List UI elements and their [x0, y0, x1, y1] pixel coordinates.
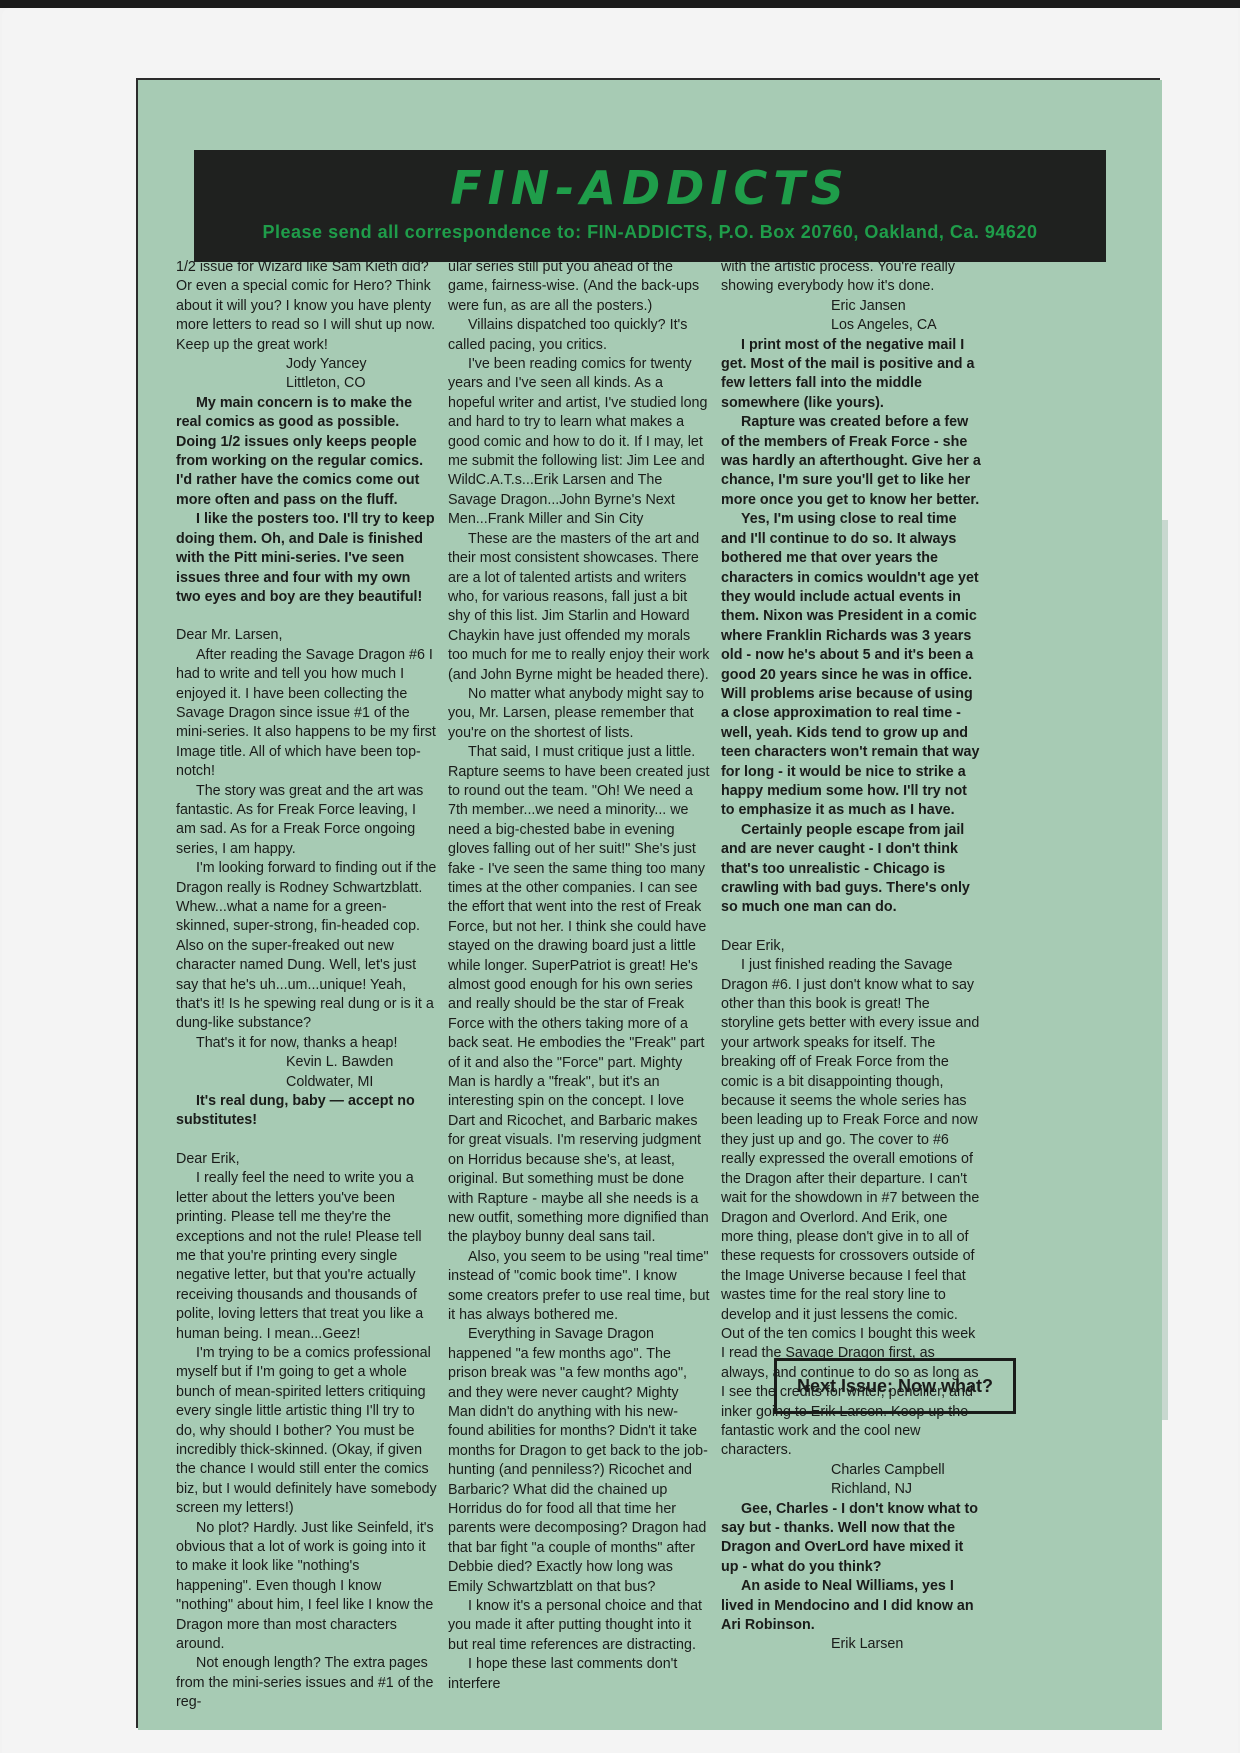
editor-reply: It's real dung, baby — accept no substit… — [176, 1092, 438, 1131]
letter-text: I really feel the need to write you a le… — [176, 1169, 438, 1344]
editor-reply: An aside to Neal Williams, yes I lived i… — [721, 1577, 983, 1635]
editor-reply: Certainly people escape from jail and ar… — [721, 821, 983, 918]
letter-text: The story was great and the art was fant… — [176, 782, 438, 860]
signature-name: Eric Jansen — [721, 297, 983, 316]
letter-text: I'm looking forward to finding out if th… — [176, 859, 438, 1034]
letter-text: No plot? Hardly. Just like Seinfeld, it'… — [176, 1519, 438, 1655]
editor-reply: My main concern is to make the real comi… — [176, 394, 438, 510]
letter-text: I've been reading comics for twenty year… — [448, 355, 710, 530]
letter-text: Everything in Savage Dragon happened "a … — [448, 1325, 710, 1597]
column-3: with the artistic process. You're really… — [721, 258, 983, 1655]
letter-text: No matter what anybody might say to you,… — [448, 685, 710, 743]
letter-text: That said, I must critique just a little… — [448, 743, 710, 1248]
signature-place: Richland, NJ — [721, 1480, 983, 1499]
column-1: 1/2 issue for Wizard like Sam Kieth did?… — [176, 258, 438, 1713]
letter-text: I hope these last comments don't interfe… — [448, 1655, 710, 1694]
signature-name: Kevin L. Bawden — [176, 1053, 438, 1072]
letter-text: I know it's a personal choice and that y… — [448, 1597, 710, 1655]
letter-text: These are the masters of the art and the… — [448, 530, 710, 685]
signature-name: Jody Yancey — [176, 355, 438, 374]
signature-place: Coldwater, MI — [176, 1073, 438, 1092]
letters-header: FIN-ADDICTS Please send all corresponden… — [194, 150, 1106, 262]
signature-place: Littleton, CO — [176, 374, 438, 393]
signature-place: Los Angeles, CA — [721, 316, 983, 335]
letters-page: FIN-ADDICTS Please send all corresponden… — [138, 80, 1162, 1730]
letter-salutation: Dear Mr. Larsen, — [176, 626, 438, 645]
editor-reply: I print most of the negative mail I get.… — [721, 336, 983, 414]
letter-text: Also, you seem to be using "real time" i… — [448, 1248, 710, 1326]
letter-text: with the artistic process. You're really… — [721, 258, 983, 297]
letter-text: Villains dispatched too quickly? It's ca… — [448, 316, 710, 355]
editor-reply: Rapture was created before a few of the … — [721, 413, 983, 510]
letter-salutation: Dear Erik, — [176, 1150, 438, 1169]
letter-text: That's it for now, thanks a heap! — [176, 1034, 438, 1053]
letter-text: 1/2 issue for Wizard like Sam Kieth did?… — [176, 258, 438, 355]
editor-reply: Yes, I'm using close to real time and I'… — [721, 510, 983, 821]
letter-text: After reading the Savage Dragon #6 I had… — [176, 646, 438, 782]
editor-reply: I like the posters too. I'll try to keep… — [176, 510, 438, 607]
staple-edge — [1162, 520, 1168, 1420]
letters-column-title: FIN-ADDICTS — [194, 162, 1106, 214]
letter-text: ular series still put you ahead of the g… — [448, 258, 710, 316]
letter-text: I'm trying to be a comics professional m… — [176, 1344, 438, 1519]
editor-signature: Erik Larsen — [721, 1635, 983, 1654]
next-issue-box: Next Issue: Now what? — [774, 1358, 1016, 1414]
scanner-edge — [0, 0, 1240, 8]
editor-reply: Gee, Charles - I don't know what to say … — [721, 1500, 983, 1578]
correspondence-address: Please send all correspondence to: FIN-A… — [194, 222, 1106, 243]
letter-text: Not enough length? The extra pages from … — [176, 1654, 438, 1712]
column-2: ular series still put you ahead of the g… — [448, 258, 710, 1694]
letter-salutation: Dear Erik, — [721, 937, 983, 956]
signature-name: Charles Campbell — [721, 1461, 983, 1480]
